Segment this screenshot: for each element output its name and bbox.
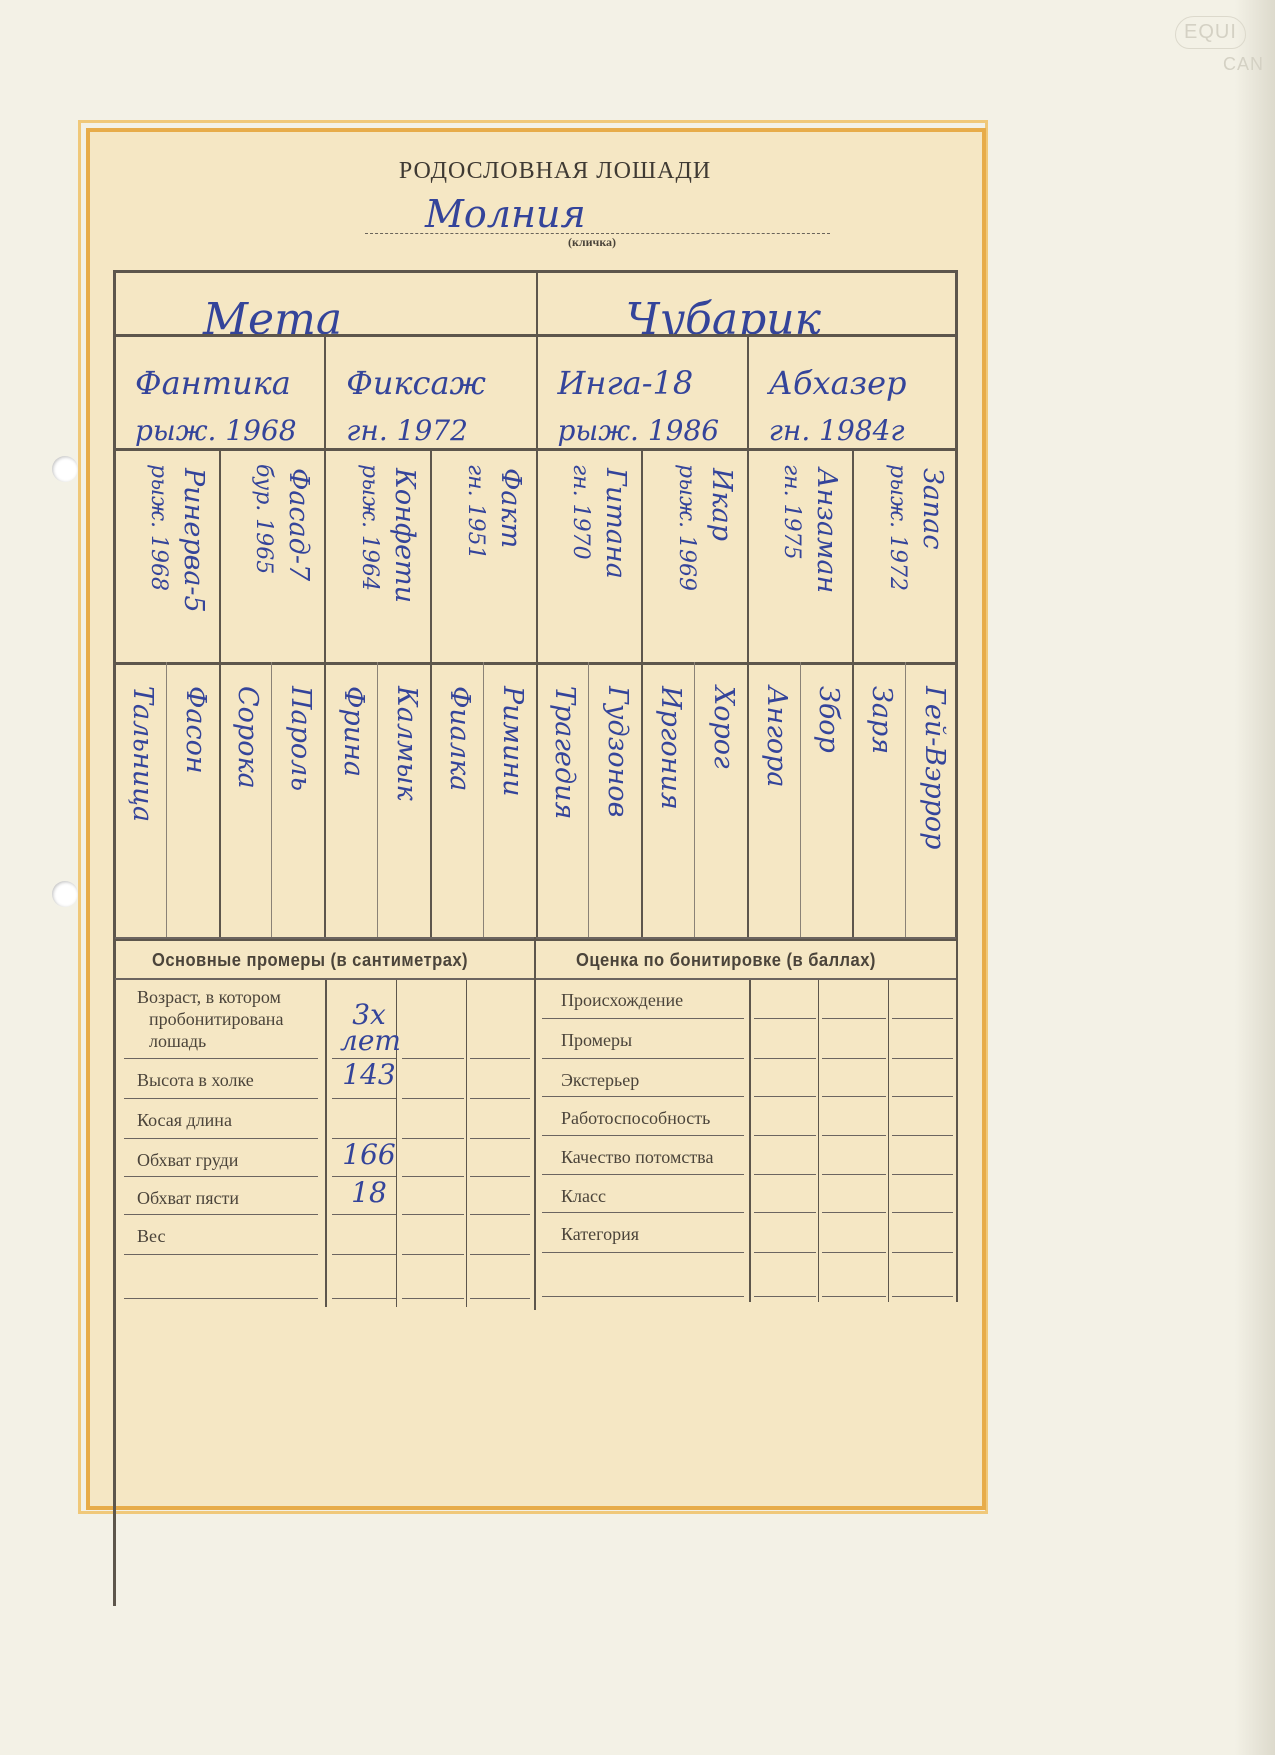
great-great-grandparent-name: Гей-Вэррор: [919, 686, 950, 849]
grandparent-color-year: гн. 1972: [346, 414, 468, 447]
row-separator: [892, 1018, 953, 1019]
row-separator: [892, 1212, 953, 1213]
pedigree-great-great-grandparent: Фасон: [166, 662, 219, 938]
pedigree-great-grandparent: Запасрыж. 1972: [852, 448, 958, 662]
pedigree-great-great-grandparent: Гей-Вэррор: [905, 662, 958, 938]
punch-hole: [52, 456, 78, 482]
row-separator: [822, 1058, 886, 1059]
grandparent-name: Фиксаж: [346, 364, 486, 402]
great-grandparent-color-year: рыж. 1964: [357, 464, 382, 591]
row-separator: [892, 1135, 953, 1136]
horse-name: Молния: [425, 192, 586, 236]
row-separator: [754, 1212, 816, 1213]
row-separator: [754, 1252, 816, 1253]
row-separator: [124, 1138, 318, 1139]
bonitation-label: Экстерьер: [561, 1068, 639, 1092]
pedigree-great-grandparent: Анзамангн. 1975: [747, 448, 853, 662]
row-separator: [402, 1176, 464, 1177]
grid-line: [166, 662, 167, 938]
row-separator: [470, 1098, 530, 1099]
great-great-grandparent-name: Фасон: [180, 686, 211, 774]
row-separator: [332, 1098, 396, 1099]
pedigree-great-grandparent: Гитанагн. 1970: [536, 448, 642, 662]
row-separator: [754, 1018, 816, 1019]
great-grandparent-color-year: бур. 1965: [251, 464, 276, 574]
pedigree-great-great-grandparent: Иргония: [641, 662, 694, 938]
measurement-value: 166: [340, 1142, 398, 1168]
great-grandparent-color-year: рыж. 1969: [674, 464, 699, 591]
grid-line: [694, 662, 695, 938]
great-grandparent-color-year: гн. 1951: [463, 464, 488, 560]
row-separator: [332, 1298, 396, 1299]
great-great-grandparent-name: Иргония: [655, 686, 686, 810]
row-separator: [542, 1018, 744, 1019]
row-separator: [402, 1098, 464, 1099]
parent-name: Чубарик: [626, 294, 821, 334]
great-grandparent-color-year: рыж. 1972: [885, 464, 910, 591]
punch-hole: [52, 881, 78, 907]
pedigree-great-great-grandparent: Калмык: [377, 662, 430, 938]
measurement-label: Вес: [137, 1224, 322, 1248]
grid-line: [271, 662, 272, 938]
great-great-grandparent-name: Хорог: [708, 686, 739, 769]
bonitation-label: Промеры: [561, 1028, 632, 1052]
row-separator: [754, 1135, 816, 1136]
pedigree-great-great-grandparent: Збор: [800, 662, 853, 938]
row-separator: [332, 1214, 396, 1215]
bonitation-title: Оценка по бонитировке (в баллах): [576, 950, 876, 971]
row-separator: [124, 1298, 318, 1299]
grid-line: [483, 662, 484, 938]
pedigree-great-grandparent: Конфетирыж. 1964: [324, 448, 430, 662]
great-grandparent-color-year: гн. 1970: [568, 464, 593, 560]
row-separator: [754, 1296, 816, 1297]
great-great-grandparent-name: Фрина: [338, 686, 369, 777]
great-great-grandparent-name: Калмык: [391, 686, 422, 801]
pedigree-parent: Чубарик: [536, 270, 959, 334]
great-great-grandparent-name: Римини: [497, 686, 528, 797]
parent-name: Мета: [203, 294, 342, 334]
great-great-grandparent-name: Заря: [866, 686, 897, 754]
row-separator: [124, 1254, 318, 1255]
row-separator: [542, 1252, 744, 1253]
grandparent-color-year: рыж. 1986: [558, 414, 720, 447]
measurements-title: Основные промеры (в сантиметрах): [152, 950, 468, 971]
pedigree-great-great-grandparent: Трагедия: [536, 662, 589, 938]
row-separator: [754, 1058, 816, 1059]
row-separator: [892, 1174, 953, 1175]
pedigree-parent: Мета: [113, 270, 536, 334]
pedigree-great-great-grandparent: Пароль: [271, 662, 324, 938]
pedigree-great-grandparent: Фасад-7бур. 1965: [219, 448, 325, 662]
row-separator: [402, 1298, 464, 1299]
row-separator: [332, 1254, 396, 1255]
row-separator: [402, 1058, 464, 1059]
row-separator: [822, 1096, 886, 1097]
row-separator: [124, 1176, 318, 1177]
table-border: [534, 937, 536, 1310]
bonitation-label: Категория: [561, 1222, 639, 1246]
row-separator: [542, 1174, 744, 1175]
watermark-logo: EQUI CAN: [1165, 6, 1269, 84]
row-separator: [470, 1176, 530, 1177]
row-separator: [822, 1174, 886, 1175]
name-caption: (кличка): [568, 235, 616, 250]
grid-line: [800, 662, 801, 938]
great-grandparent-name: Фасад-7: [283, 468, 314, 581]
pedigree-great-great-grandparent: Сорока: [219, 662, 272, 938]
great-grandparent-name: Конфети: [389, 468, 420, 603]
grandparent-color-year: рыж. 1968: [135, 414, 297, 447]
grandparent-color-year: гн. 1984г: [769, 414, 905, 447]
great-great-grandparent-name: Фиалка: [444, 686, 475, 791]
row-separator: [470, 1254, 530, 1255]
row-separator: [754, 1174, 816, 1175]
row-separator: [470, 1138, 530, 1139]
row-separator: [470, 1214, 530, 1215]
row-separator: [822, 1018, 886, 1019]
great-grandparent-color-year: гн. 1975: [779, 464, 804, 560]
watermark-text: CAN: [1223, 54, 1264, 75]
table-border: [888, 980, 889, 1302]
pedigree-great-great-grandparent: Фрина: [324, 662, 377, 938]
bonitation-label: Работоспособность: [561, 1106, 710, 1130]
table-border: [749, 980, 751, 1302]
measurement-label: Обхват груди: [137, 1148, 322, 1172]
table-border: [466, 980, 467, 1307]
row-separator: [402, 1254, 464, 1255]
row-separator: [402, 1214, 464, 1215]
pedigree-grandparent: Абхазергн. 1984г: [747, 334, 958, 448]
great-grandparent-name: Факт: [495, 468, 526, 548]
table-border: [818, 980, 819, 1302]
great-great-grandparent-name: Гудзонов: [602, 686, 633, 817]
measurement-label: Косая длина: [137, 1108, 322, 1132]
row-separator: [892, 1252, 953, 1253]
pedigree-great-great-grandparent: Ангора: [747, 662, 800, 938]
pedigree-great-grandparent: Фактгн. 1951: [430, 448, 536, 662]
great-grandparent-name: Икар: [706, 468, 737, 541]
row-separator: [822, 1252, 886, 1253]
measurement-label: Высота в холке: [137, 1068, 322, 1092]
pedigree-grandparent: Фантикарыж. 1968: [113, 334, 324, 448]
row-separator: [124, 1098, 318, 1099]
row-separator: [754, 1096, 816, 1097]
pedigree-great-grandparent: Икаррыж. 1969: [641, 448, 747, 662]
row-separator: [822, 1296, 886, 1297]
pedigree-grandparent: Фиксажгн. 1972: [324, 334, 535, 448]
bonitation-label: Происхождение: [561, 988, 683, 1012]
measurement-value: 3х лет: [340, 1002, 398, 1054]
pedigree-great-great-grandparent: Фиалка: [430, 662, 483, 938]
pedigree-great-great-grandparent: Тальница: [113, 662, 166, 938]
measurement-label: Обхват пясти: [137, 1186, 322, 1210]
great-grandparent-name: Анзаман: [811, 468, 842, 593]
pedigree-grandparent: Инга-18рыж. 1986: [536, 334, 747, 448]
pedigree-great-great-grandparent: Римини: [483, 662, 536, 938]
grid-line: [377, 662, 378, 938]
great-grandparent-name: Ринерва-5: [178, 468, 209, 613]
table-border: [113, 937, 115, 1307]
row-separator: [892, 1296, 953, 1297]
grid-line: [905, 662, 906, 938]
paper-edge-shade: [1235, 0, 1275, 1755]
great-grandparent-color-year: рыж. 1968: [146, 464, 171, 591]
row-separator: [822, 1135, 886, 1136]
great-great-grandparent-name: Пароль: [285, 686, 316, 791]
row-separator: [124, 1214, 318, 1215]
grid-line: [588, 662, 589, 938]
pedigree-great-great-grandparent: Хорог: [694, 662, 747, 938]
row-separator: [542, 1096, 744, 1097]
row-separator: [822, 1212, 886, 1213]
pedigree-great-grandparent: Ринерва-5рыж. 1968: [113, 448, 219, 662]
great-great-grandparent-name: Трагедия: [549, 686, 580, 819]
table-border: [956, 937, 958, 1302]
great-grandparent-name: Гитана: [600, 468, 631, 579]
grandparent-name: Инга-18: [558, 364, 694, 402]
pedigree-great-great-grandparent: Заря: [852, 662, 905, 938]
great-great-grandparent-name: Тальница: [127, 686, 158, 822]
bonitation-label: Класс: [561, 1184, 606, 1208]
row-separator: [542, 1212, 744, 1213]
grandparent-name: Фантика: [135, 364, 291, 402]
measurement-value: 143: [340, 1062, 398, 1088]
row-separator: [542, 1058, 744, 1059]
pedigree-great-great-grandparent: Гудзонов: [588, 662, 641, 938]
row-separator: [892, 1058, 953, 1059]
name-dotted-line: [365, 233, 830, 234]
row-separator: [892, 1096, 953, 1097]
row-separator: [542, 1296, 744, 1297]
great-great-grandparent-name: Сорока: [232, 686, 263, 789]
bonitation-label: Качество потомства: [561, 1145, 713, 1169]
grandparent-name: Абхазер: [769, 364, 907, 402]
watermark-text: EQUI: [1175, 16, 1246, 49]
row-separator: [124, 1058, 318, 1059]
document-title: РОДОСЛОВНАЯ ЛОШАДИ: [0, 158, 1275, 185]
measurement-label: Возраст, в котором пробонитирована лошад…: [137, 986, 334, 1052]
great-grandparent-name: Запас: [917, 468, 948, 550]
row-separator: [542, 1135, 744, 1136]
great-great-grandparent-name: Збор: [813, 686, 844, 753]
row-separator: [402, 1138, 464, 1139]
row-separator: [470, 1298, 530, 1299]
great-great-grandparent-name: Ангора: [761, 686, 792, 788]
measurement-value: 18: [340, 1180, 398, 1206]
row-separator: [470, 1058, 530, 1059]
